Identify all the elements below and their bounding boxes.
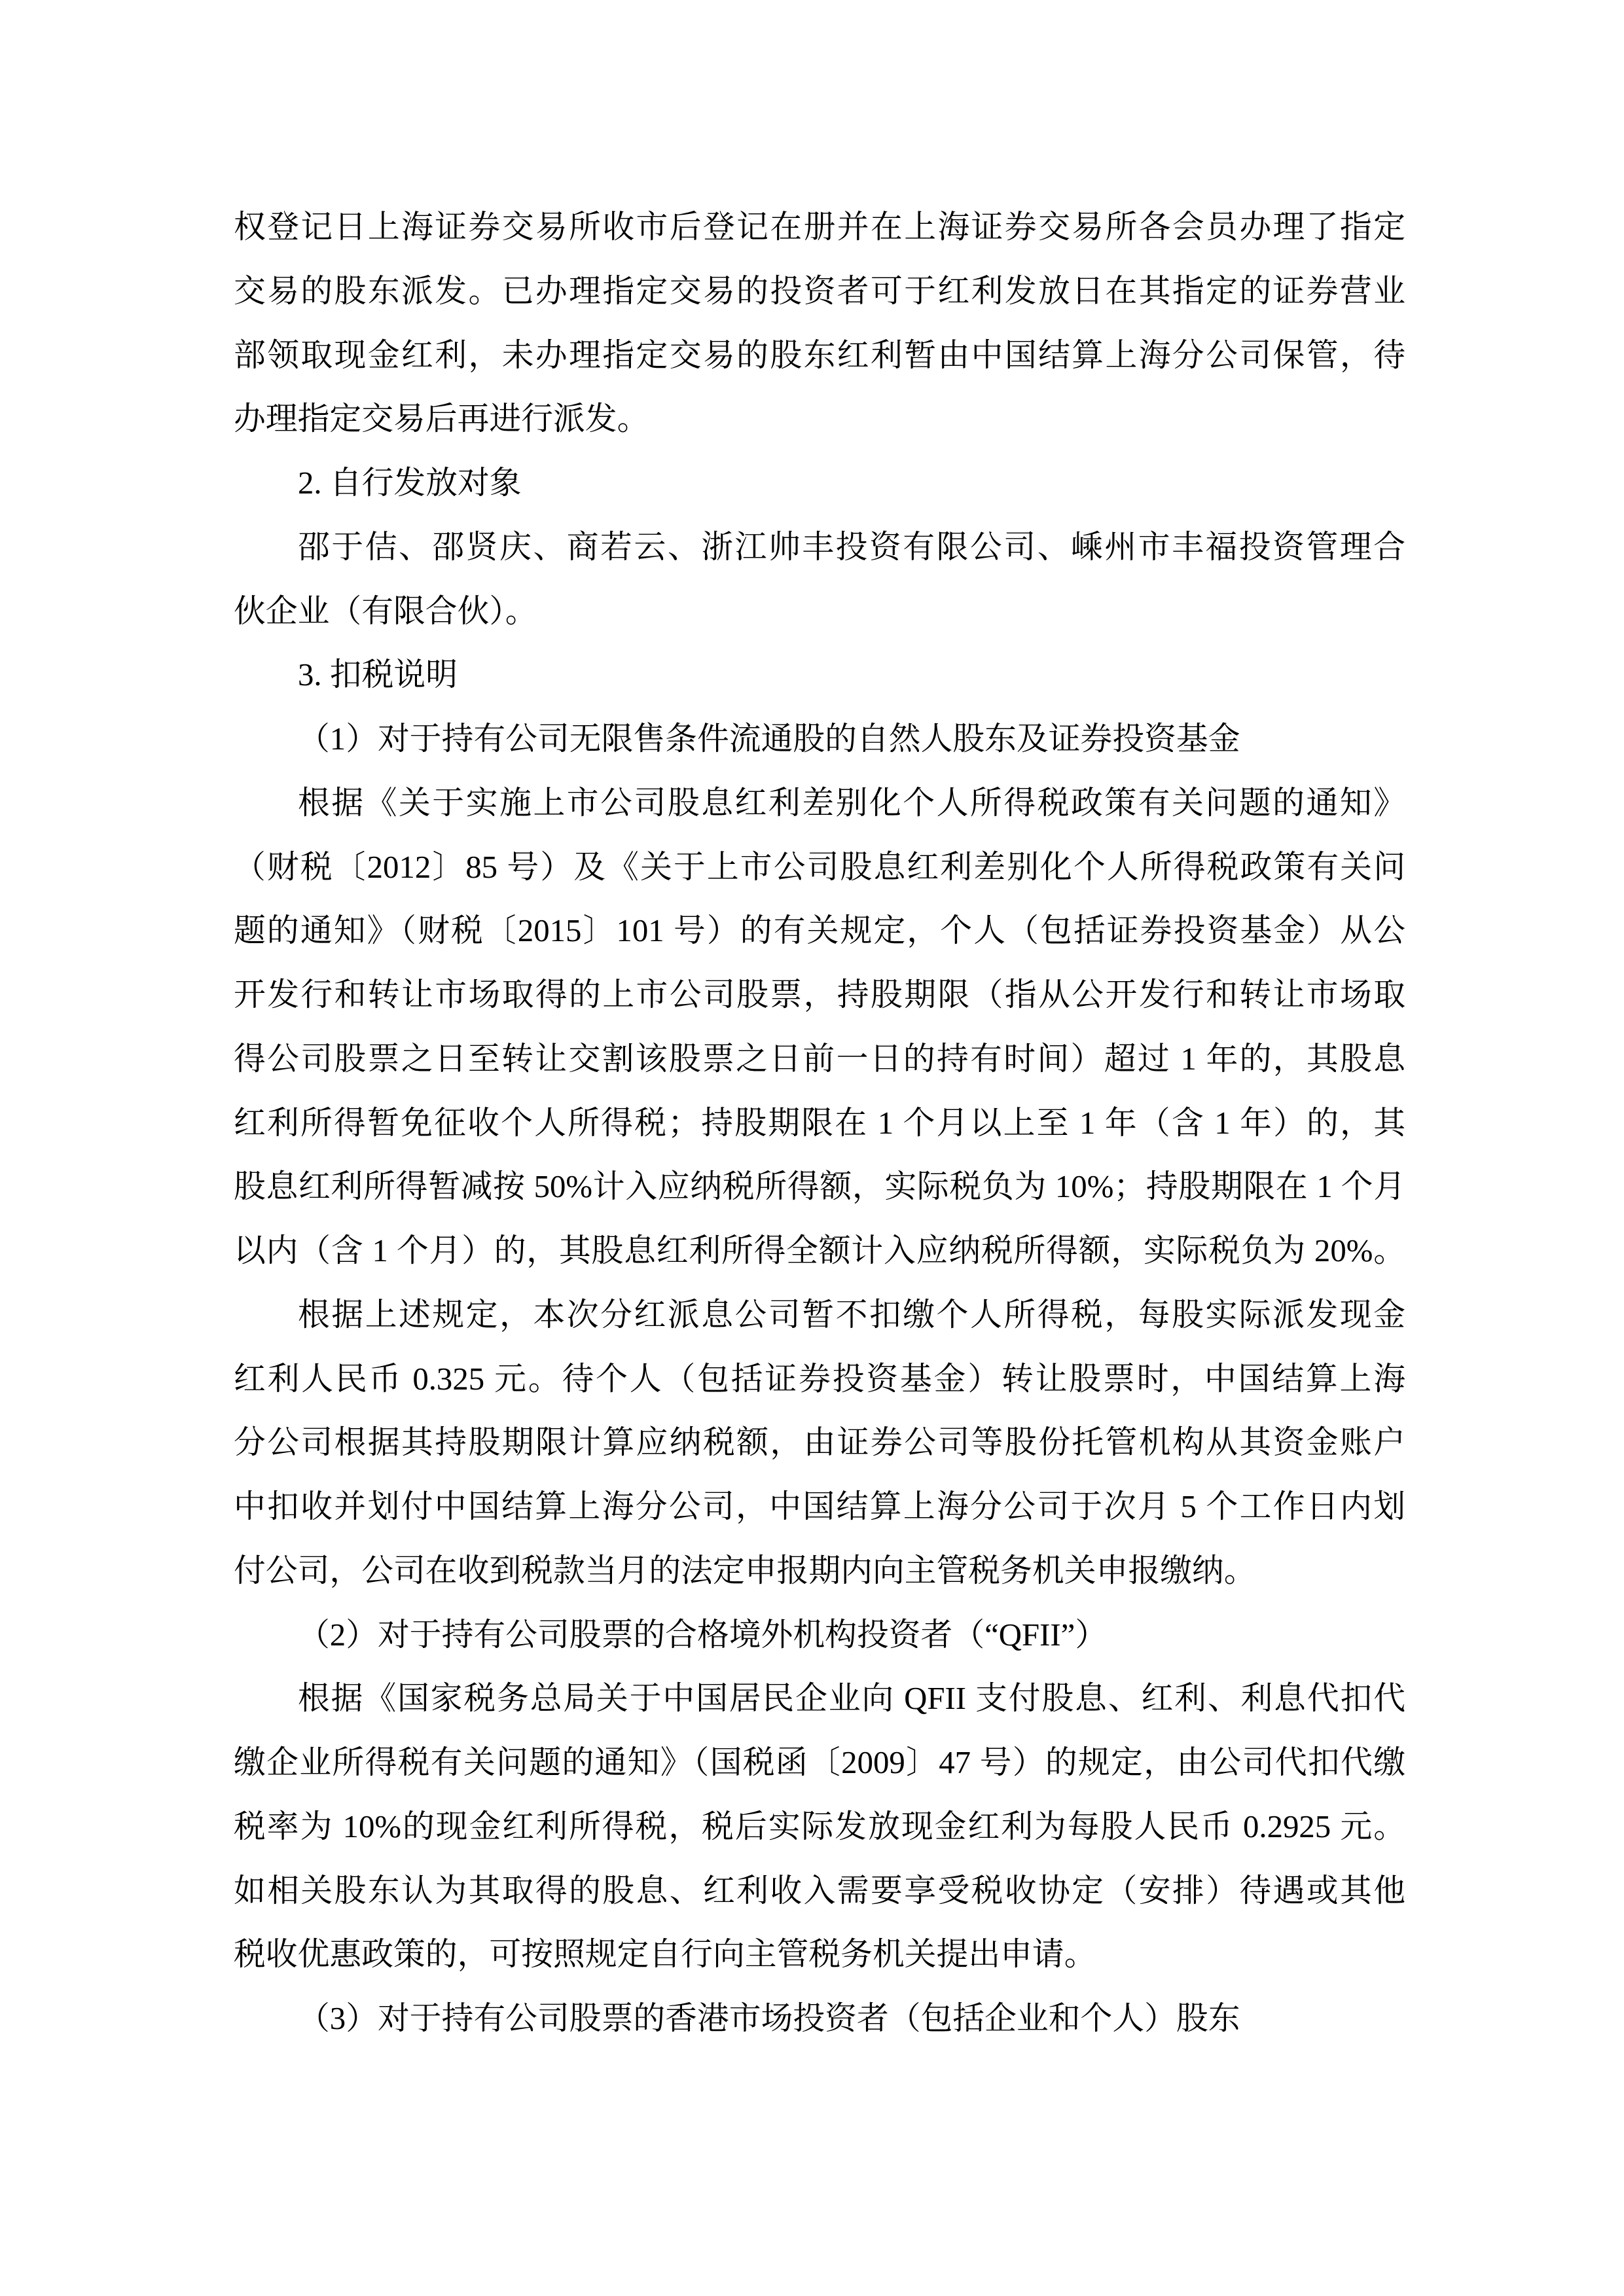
text-line: 红利人民币 0.325 元。待个人（包括证券投资基金）转让股票时，中国结算上海 xyxy=(234,1348,1405,1412)
paragraph: （1）对于持有公司无限售条件流通股的自然人股东及证券投资基金 xyxy=(234,708,1405,772)
text-line: （财税〔2012〕85 号）及《关于上市公司股息红利差别化个人所得税政策有关问 xyxy=(234,836,1405,900)
paragraph: 邵于佶、邵贤庆、商若云、浙江帅丰投资有限公司、嵊州市丰福投资管理合 伙企业（有限… xyxy=(234,516,1405,644)
paragraph: 3. 扣税说明 xyxy=(234,643,1405,708)
document-page: 权登记日上海证券交易所收市后登记在册并在上海证券交易所各会员办理了指定 交易的股… xyxy=(0,0,1624,2296)
text-line: 税收优惠政策的，可按照规定自行向主管税务机关提出申请。 xyxy=(234,1923,1405,1987)
paragraph: 根据上述规定，本次分红派息公司暂不扣缴个人所得税，每股实际派发现金 红利人民币 … xyxy=(234,1283,1405,1604)
text-line: 以内（含 1 个月）的，其股息红利所得全额计入应纳税所得额，实际税负为 20%。 xyxy=(234,1219,1405,1283)
document-content: 权登记日上海证券交易所收市后登记在册并在上海证券交易所各会员办理了指定 交易的股… xyxy=(234,196,1405,2051)
text-line: 根据上述规定，本次分红派息公司暂不扣缴个人所得税，每股实际派发现金 xyxy=(234,1283,1405,1348)
paragraph: 根据《国家税务总局关于中国居民企业向 QFII 支付股息、红利、利息代扣代 缴企… xyxy=(234,1667,1405,1987)
text-line: 权登记日上海证券交易所收市后登记在册并在上海证券交易所各会员办理了指定 xyxy=(234,196,1405,260)
text-line: 如相关股东认为其取得的股息、红利收入需要享受税收协定（安排）待遇或其他 xyxy=(234,1859,1405,1924)
text-line: 伙企业（有限合伙）。 xyxy=(234,580,1405,644)
text-line: 中扣收并划付中国结算上海分公司，中国结算上海分公司于次月 5 个工作日内划 xyxy=(234,1475,1405,1539)
text-line: 付公司，公司在收到税款当月的法定申报期内向主管税务机关申报缴纳。 xyxy=(234,1539,1405,1604)
text-line: 缴企业所得税有关问题的通知》（国税函〔2009〕47 号）的规定，由公司代扣代缴 xyxy=(234,1731,1405,1795)
text-line: 根据《国家税务总局关于中国居民企业向 QFII 支付股息、红利、利息代扣代 xyxy=(234,1667,1405,1731)
paragraph: 权登记日上海证券交易所收市后登记在册并在上海证券交易所各会员办理了指定 交易的股… xyxy=(234,196,1405,452)
text-line: 分公司根据其持股期限计算应纳税额，由证券公司等股份托管机构从其资金账户 xyxy=(234,1411,1405,1475)
text-line: 交易的股东派发。已办理指定交易的投资者可于红利发放日在其指定的证券营业 xyxy=(234,260,1405,324)
text-line: 税率为 10%的现金红利所得税，税后实际发放现金红利为每股人民币 0.2925 … xyxy=(234,1795,1405,1859)
text-line: 邵于佶、邵贤庆、商若云、浙江帅丰投资有限公司、嵊州市丰福投资管理合 xyxy=(234,516,1405,580)
subsection-heading: （1）对于持有公司无限售条件流通股的自然人股东及证券投资基金 xyxy=(234,708,1405,772)
text-line: 题的通知》（财税〔2015〕101 号）的有关规定，个人（包括证券投资基金）从公 xyxy=(234,899,1405,963)
text-line: 红利所得暂免征收个人所得税；持股期限在 1 个月以上至 1 年（含 1 年）的，… xyxy=(234,1092,1405,1156)
paragraph: 根据《关于实施上市公司股息红利差别化个人所得税政策有关问题的通知》 （财税〔20… xyxy=(234,772,1405,1283)
text-line: 办理指定交易后再进行派发。 xyxy=(234,387,1405,452)
paragraph: （2）对于持有公司股票的合格境外机构投资者（“QFII”） xyxy=(234,1604,1405,1668)
paragraph: 2. 自行发放对象 xyxy=(234,452,1405,516)
subsection-heading: （2）对于持有公司股票的合格境外机构投资者（“QFII”） xyxy=(234,1604,1405,1668)
section-heading: 3. 扣税说明 xyxy=(234,643,1405,708)
paragraph: （3）对于持有公司股票的香港市场投资者（包括企业和个人）股东 xyxy=(234,1987,1405,2051)
subsection-heading: （3）对于持有公司股票的香港市场投资者（包括企业和个人）股东 xyxy=(234,1987,1405,2051)
section-heading: 2. 自行发放对象 xyxy=(234,452,1405,516)
text-line: 根据《关于实施上市公司股息红利差别化个人所得税政策有关问题的通知》 xyxy=(234,772,1405,836)
text-line: 部领取现金红利，未办理指定交易的股东红利暂由中国结算上海分公司保管，待 xyxy=(234,324,1405,388)
text-line: 开发行和转让市场取得的上市公司股票，持股期限（指从公开发行和转让市场取 xyxy=(234,963,1405,1028)
text-line: 得公司股票之日至转让交割该股票之日前一日的持有时间）超过 1 年的，其股息 xyxy=(234,1028,1405,1092)
text-line: 股息红利所得暂减按 50%计入应纳税所得额，实际税负为 10%；持股期限在 1 … xyxy=(234,1155,1405,1219)
